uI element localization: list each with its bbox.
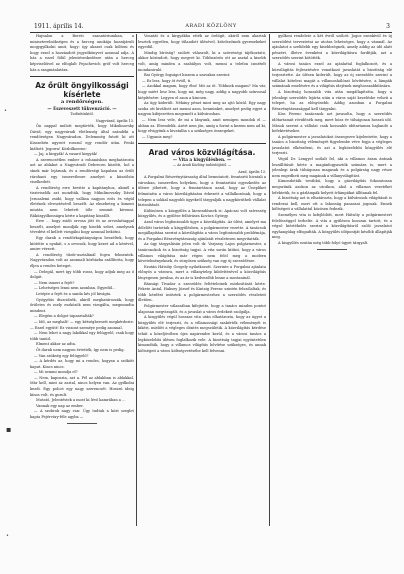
end-rule [67, 423, 97, 424]
end-rule [317, 249, 347, 250]
article-paragraph: Arad város legfontosabb ügye a közvilágí… [138, 220, 266, 242]
intro-paragraph: Vonatát és a kirgyákba ették az ördögit,… [138, 34, 266, 51]
margin-mark: • [6, 533, 9, 539]
article-headline-block: Arad város közvilágítása. — Vita a kisgy… [138, 148, 266, 168]
column-1: Hajnalon a Bereti szanatóriumban, a mini… [30, 34, 134, 524]
article-separator [30, 76, 134, 77]
column-2: Vonatát és a kirgyákba ették az ördögit,… [138, 34, 266, 524]
article-sub-subhead: — Az Aradi Közlöny tudósítójától. — [138, 163, 266, 168]
column-divider [269, 34, 270, 526]
article-byline: Tudósítónktól. [30, 112, 134, 117]
article-paragraph: A rendőrség tűzőr-asztalánál fogva felme… [30, 253, 134, 270]
article-paragraph: A bizottság azt is elhatározta, hogy a k… [272, 196, 392, 213]
article-paragraph: A polgármester a javaslatokat összegezve… [272, 135, 392, 157]
intro-paragraph: — Ugyanis meg? [138, 135, 266, 141]
margin-mark: ▪ [6, 425, 11, 434]
article-paragraph: Személyes vita is kifejlődött, mert Háts… [272, 213, 392, 241]
article-paragraph: Polgármester válaszában kifejtette, hogy… [138, 304, 266, 315]
intro-paragraph: Hajnalon a Bereti szanatóriumban, a mini… [30, 34, 134, 73]
article-paragraph: A rendőrség erre bevitte a kapitányhoz, … [30, 186, 134, 220]
dialogue-line: Gyógyítás diszcidsék, akiről meghatározz… [30, 298, 134, 315]
article-paragraph: A bizottság hosszabb vita után megállapí… [272, 90, 392, 112]
article-paragraph: A Forgalmi Részvénytársaság által bemuta… [138, 175, 266, 209]
article-headline: Az őrült öngyilkossági kísérlete [30, 81, 134, 99]
dialogue-line: — Nem, kaposzta, azt a. Fél az ablakban … [30, 376, 134, 398]
article-separator [138, 143, 266, 144]
margin-mark: • [4, 108, 7, 114]
article-headline: Arad város közvilágítása. [138, 148, 266, 157]
dialogue-line: — Idő, az meghalt! — egy kétségbeesett m… [30, 320, 134, 331]
column-divider [136, 34, 137, 526]
article-paragraph: Egy darab a rendőrkapitányságon beszélte… [30, 236, 134, 253]
article-paragraph: A kisgyűlés végül hosszas vita után elha… [138, 315, 266, 354]
newspaper-title: ARADI KÖZLÖNY [30, 22, 392, 31]
article-paragraph: Végül Dr. Lengyel szólalt fel, aki a vil… [272, 157, 392, 179]
article-paragraph: gyilkosi rendelete a két évről szólott. … [272, 34, 392, 62]
article-paragraph: Különösen a közgyűlés a kiesendősnek is:… [138, 209, 266, 220]
intro-paragraph: Az ügy kiderült. Néhány pénzt mint meg a… [138, 101, 266, 118]
closing-line: — A szobrok nagy van: Úgy tudtak a közt … [30, 409, 134, 420]
article-paragraph: Kiss Ferenc tanácsnok azt javasolta, hog… [272, 112, 392, 134]
article-paragraph: A szerencsétlen ember a rohanásban megha… [30, 158, 134, 186]
intro-paragraph: — Nem lesz vele, de mi a lányunk, amit n… [138, 118, 266, 135]
article-paragraph: Erre ... hogy zsidó orvosa jött és az or… [30, 219, 134, 236]
article-paragraph: A városi tanács ezzel az ajánlattal fogl… [272, 62, 392, 90]
dialogue-line: — A kérdés az, hogy mi a rendes, hogyan … [30, 359, 134, 370]
article-paragraph: A kisgyűlés ezután még több folyó ügyet … [272, 241, 392, 247]
article-paragraph: Az ügy tárgyalásán jelen volt dr. Varjas… [138, 242, 266, 264]
intro-paragraph: Mindig bíróság? szólott válaszolt, ki a … [138, 51, 266, 73]
article-headline-line2: a rendőrségen. [30, 99, 134, 106]
page-header: 1911. április 14. ARADI KÖZLÖNY 3 [30, 22, 392, 33]
dialogue-line: — Nem lehet a nagy lakókkal egy felügyel… [30, 331, 134, 342]
article-paragraph: Kimondották továbbá, hogy a gázvilágítás… [272, 179, 392, 196]
article-paragraph: Ön nappal múlott megtörték, hogy Mikulin… [30, 124, 134, 152]
intro-paragraph: — Azokkal magam, hogy élni! Mit az öt. T… [138, 84, 266, 101]
article-paragraph: Ezután Hátsőiy Gergely nyilatkozott. Sze… [138, 265, 266, 282]
article-headline-block: Az őrült öngyilkossági kísérlete a rendő… [30, 81, 134, 117]
dialogue-line: Öt darab nem nagyon értették, így nem is… [30, 348, 134, 354]
column-3: gyilkosi rendelete a két évről szólott. … [272, 34, 392, 520]
article-paragraph: Bánsági Tivadar a szerződés feltételeine… [138, 282, 266, 304]
page-number: 3 [386, 22, 390, 31]
dialogue-line: — Delegál, mert így több rossz, hogy adj… [30, 270, 134, 281]
